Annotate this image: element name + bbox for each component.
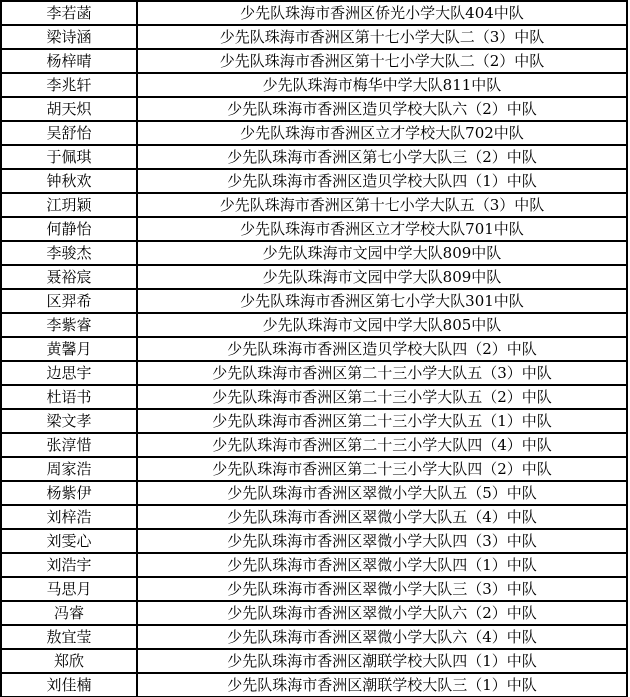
student-name-cell: 敖宜莹 — [1, 625, 137, 649]
table-row: 刘梓浩 少先队珠海市香洲区翠微小学大队五（4）中队 — [1, 505, 627, 529]
student-name-cell: 刘梓浩 — [1, 505, 137, 529]
organization-cell: 少先队珠海市香洲区第七小学大队301中队 — [137, 289, 627, 313]
student-name-cell: 李若菡 — [1, 1, 137, 25]
student-name-cell: 李紫睿 — [1, 313, 137, 337]
table-row: 冯睿 少先队珠海市香洲区翠微小学大队六（2）中队 — [1, 601, 627, 625]
student-name-cell: 杨紫伊 — [1, 481, 137, 505]
table-row: 杜语书 少先队珠海市香洲区第二十三小学大队五（2）中队 — [1, 385, 627, 409]
student-name-cell: 于佩琪 — [1, 145, 137, 169]
organization-cell: 少先队珠海市香洲区第十七小学大队二（3）中队 — [137, 25, 627, 49]
organization-cell: 少先队珠海市香洲区翠微小学大队四（3）中队 — [137, 529, 627, 553]
table-row: 吴舒怡 少先队珠海市香洲区立才学校大队702中队 — [1, 121, 627, 145]
student-name-cell: 冯睿 — [1, 601, 137, 625]
table-row: 梁诗涵 少先队珠海市香洲区第十七小学大队二（3）中队 — [1, 25, 627, 49]
organization-cell: 少先队珠海市香洲区第二十三小学大队四（2）中队 — [137, 457, 627, 481]
table-row: 杨梓晴 少先队珠海市香洲区第十七小学大队二（2）中队 — [1, 49, 627, 73]
organization-cell: 少先队珠海市香洲区翠微小学大队三（3）中队 — [137, 577, 627, 601]
organization-cell: 少先队珠海市香洲区潮联学校大队四（1）中队 — [137, 649, 627, 673]
organization-cell: 少先队珠海市香洲区翠微小学大队六（4）中队 — [137, 625, 627, 649]
table-row: 梁文孝 少先队珠海市香洲区第二十三小学大队五（1）中队 — [1, 409, 627, 433]
student-name-cell: 黄馨月 — [1, 337, 137, 361]
organization-cell: 少先队珠海市文园中学大队809中队 — [137, 241, 627, 265]
table-row: 郑欣 少先队珠海市香洲区潮联学校大队四（1）中队 — [1, 649, 627, 673]
student-name-cell: 聂裕宸 — [1, 265, 137, 289]
organization-cell: 少先队珠海市香洲区第十七小学大队二（2）中队 — [137, 49, 627, 73]
organization-cell: 少先队珠海市文园中学大队805中队 — [137, 313, 627, 337]
student-name-cell: 边思宇 — [1, 361, 137, 385]
student-name-cell: 杜语书 — [1, 385, 137, 409]
organization-cell: 少先队珠海市香洲区立才学校大队702中队 — [137, 121, 627, 145]
table-row: 钟秋欢 少先队珠海市香洲区造贝学校大队四（1）中队 — [1, 169, 627, 193]
table-row: 刘佳楠 少先队珠海市香洲区潮联学校大队三（1）中队 — [1, 673, 627, 697]
table-row: 江玥颖 少先队珠海市香洲区第十七小学大队五（3）中队 — [1, 193, 627, 217]
organization-cell: 少先队珠海市香洲区造贝学校大队四（1）中队 — [137, 169, 627, 193]
organization-cell: 少先队珠海市香洲区造贝学校大队六（2）中队 — [137, 97, 627, 121]
organization-cell: 少先队珠海市香洲区翠微小学大队四（1）中队 — [137, 553, 627, 577]
organization-cell: 少先队珠海市香洲区潮联学校大队三（1）中队 — [137, 673, 627, 697]
organization-cell: 少先队珠海市文园中学大队809中队 — [137, 265, 627, 289]
student-name-cell: 刘雯心 — [1, 529, 137, 553]
table-row: 何静怡 少先队珠海市香洲区立才学校大队701中队 — [1, 217, 627, 241]
organization-cell: 少先队珠海市香洲区翠微小学大队五（5）中队 — [137, 481, 627, 505]
roster-table: 李若菡 少先队珠海市香洲区侨光小学大队404中队 梁诗涵 少先队珠海市香洲区第十… — [0, 0, 628, 697]
organization-cell: 少先队珠海市香洲区立才学校大队701中队 — [137, 217, 627, 241]
table-row: 聂裕宸 少先队珠海市文园中学大队809中队 — [1, 265, 627, 289]
student-name-cell: 吴舒怡 — [1, 121, 137, 145]
table-row: 黄馨月 少先队珠海市香洲区造贝学校大队四（2）中队 — [1, 337, 627, 361]
organization-cell: 少先队珠海市香洲区造贝学校大队四（2）中队 — [137, 337, 627, 361]
table-row: 马思月 少先队珠海市香洲区翠微小学大队三（3）中队 — [1, 577, 627, 601]
organization-cell: 少先队珠海市香洲区翠微小学大队五（4）中队 — [137, 505, 627, 529]
table-row: 杨紫伊 少先队珠海市香洲区翠微小学大队五（5）中队 — [1, 481, 627, 505]
table-row: 李骏杰 少先队珠海市文园中学大队809中队 — [1, 241, 627, 265]
table-row: 张淳惜 少先队珠海市香洲区第二十三小学大队四（4）中队 — [1, 433, 627, 457]
student-name-cell: 钟秋欢 — [1, 169, 137, 193]
table-row: 李兆轩 少先队珠海市梅华中学大队811中队 — [1, 73, 627, 97]
student-name-cell: 何静怡 — [1, 217, 137, 241]
organization-cell: 少先队珠海市香洲区侨光小学大队404中队 — [137, 1, 627, 25]
student-name-cell: 刘浩宇 — [1, 553, 137, 577]
organization-cell: 少先队珠海市梅华中学大队811中队 — [137, 73, 627, 97]
organization-cell: 少先队珠海市香洲区第二十三小学大队四（4）中队 — [137, 433, 627, 457]
table-row: 李紫睿 少先队珠海市文园中学大队805中队 — [1, 313, 627, 337]
student-name-cell: 李兆轩 — [1, 73, 137, 97]
table-row: 李若菡 少先队珠海市香洲区侨光小学大队404中队 — [1, 1, 627, 25]
table-row: 敖宜莹 少先队珠海市香洲区翠微小学大队六（4）中队 — [1, 625, 627, 649]
organization-cell: 少先队珠海市香洲区第二十三小学大队五（1）中队 — [137, 409, 627, 433]
student-name-cell: 杨梓晴 — [1, 49, 137, 73]
table-row: 刘浩宇 少先队珠海市香洲区翠微小学大队四（1）中队 — [1, 553, 627, 577]
student-name-cell: 李骏杰 — [1, 241, 137, 265]
roster-table-body: 李若菡 少先队珠海市香洲区侨光小学大队404中队 梁诗涵 少先队珠海市香洲区第十… — [1, 1, 627, 697]
table-row: 边思宇 少先队珠海市香洲区第二十三小学大队五（3）中队 — [1, 361, 627, 385]
table-row: 于佩琪 少先队珠海市香洲区第七小学大队三（2）中队 — [1, 145, 627, 169]
student-name-cell: 马思月 — [1, 577, 137, 601]
organization-cell: 少先队珠海市香洲区翠微小学大队六（2）中队 — [137, 601, 627, 625]
student-name-cell: 胡天炽 — [1, 97, 137, 121]
student-name-cell: 张淳惜 — [1, 433, 137, 457]
student-name-cell: 梁文孝 — [1, 409, 137, 433]
organization-cell: 少先队珠海市香洲区第二十三小学大队五（2）中队 — [137, 385, 627, 409]
student-name-cell: 郑欣 — [1, 649, 137, 673]
student-name-cell: 江玥颖 — [1, 193, 137, 217]
student-name-cell: 刘佳楠 — [1, 673, 137, 697]
table-row: 区羿希 少先队珠海市香洲区第七小学大队301中队 — [1, 289, 627, 313]
table-row: 刘雯心 少先队珠海市香洲区翠微小学大队四（3）中队 — [1, 529, 627, 553]
table-row: 周家浩 少先队珠海市香洲区第二十三小学大队四（2）中队 — [1, 457, 627, 481]
student-name-cell: 梁诗涵 — [1, 25, 137, 49]
student-name-cell: 区羿希 — [1, 289, 137, 313]
organization-cell: 少先队珠海市香洲区第二十三小学大队五（3）中队 — [137, 361, 627, 385]
organization-cell: 少先队珠海市香洲区第十七小学大队五（3）中队 — [137, 193, 627, 217]
table-row: 胡天炽 少先队珠海市香洲区造贝学校大队六（2）中队 — [1, 97, 627, 121]
student-name-cell: 周家浩 — [1, 457, 137, 481]
organization-cell: 少先队珠海市香洲区第七小学大队三（2）中队 — [137, 145, 627, 169]
